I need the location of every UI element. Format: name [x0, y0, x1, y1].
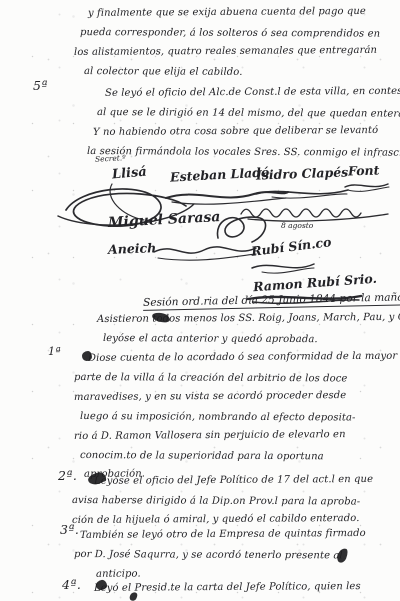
margin-number: 5ª [33, 78, 48, 93]
paragraph-item3: También se leyó otro de la Empresa de qu… [74, 526, 366, 584]
signature-rubric [342, 179, 392, 193]
manuscript-line: Asistieron todos menos los SS. Roig, Joa… [97, 308, 400, 330]
signature-llado: Esteban Lladó [170, 164, 270, 184]
attendance-paragraph: Asistieron todos menos los SS. Roig, Joa… [97, 310, 400, 349]
margin-number: 1ª [48, 345, 61, 358]
illegible-signature-scribble [238, 200, 393, 224]
signature-font: Font [348, 162, 380, 178]
manuscript-line: y finalmente que se exija abuena cuenta … [74, 2, 380, 24]
manuscript-page: y finalmente que se exija abuena cuenta … [0, 0, 400, 601]
manuscript-line: maravedises, y en su vista se acordó pro… [74, 386, 397, 408]
paragraph-item4: Leyó el Presid.te la carta del Jefe Polí… [80, 579, 361, 598]
paragraph-intro: y finalmente que se exija abuena cuenta … [74, 4, 380, 82]
manuscript-line: Y no habiendo otra cosa sobre que delibe… [87, 120, 400, 142]
manuscript-line: Diose cuenta de lo acordado ó sea confor… [74, 347, 397, 369]
signature-rubric [252, 184, 352, 200]
paragraph-item5: Se leyó el oficio del Alc.de Const.l de … [87, 84, 400, 162]
signature-rubric [248, 259, 318, 275]
secretary-abbreviation: Secret.º [95, 153, 126, 164]
paragraph-item1: Diose cuenta de lo acordado ó sea confor… [74, 349, 397, 485]
manuscript-line: También se leyó otro de la Empresa de qu… [74, 524, 366, 545]
margin-number: 4ª. [62, 577, 81, 592]
signature-date-note: 8 agosto [281, 221, 313, 230]
manuscript-line: Se leyó el oficio del Alc.de Const.l de … [87, 82, 400, 104]
manuscript-line: Leyóse el oficio del Jefe Político de 17… [72, 470, 373, 492]
paragraph-item2: Leyóse el oficio del Jefe Político de 17… [72, 472, 373, 530]
signature-clapes: Isidro Clapés [256, 164, 349, 182]
signature-rubric [150, 240, 260, 266]
manuscript-line: la sesión firmándola los vocales Sres. S… [87, 142, 400, 163]
manuscript-line: rio á D. Ramon Vallosera sin perjuicio d… [74, 424, 397, 446]
ink-blot [82, 351, 92, 361]
manuscript-line: los alistamientos, quatro reales semanal… [74, 41, 380, 63]
manuscript-line: al colector que elija el cabildo. [74, 62, 380, 83]
manuscript-line: Leyó el Presid.te la carta del Jefe Polí… [80, 577, 361, 598]
